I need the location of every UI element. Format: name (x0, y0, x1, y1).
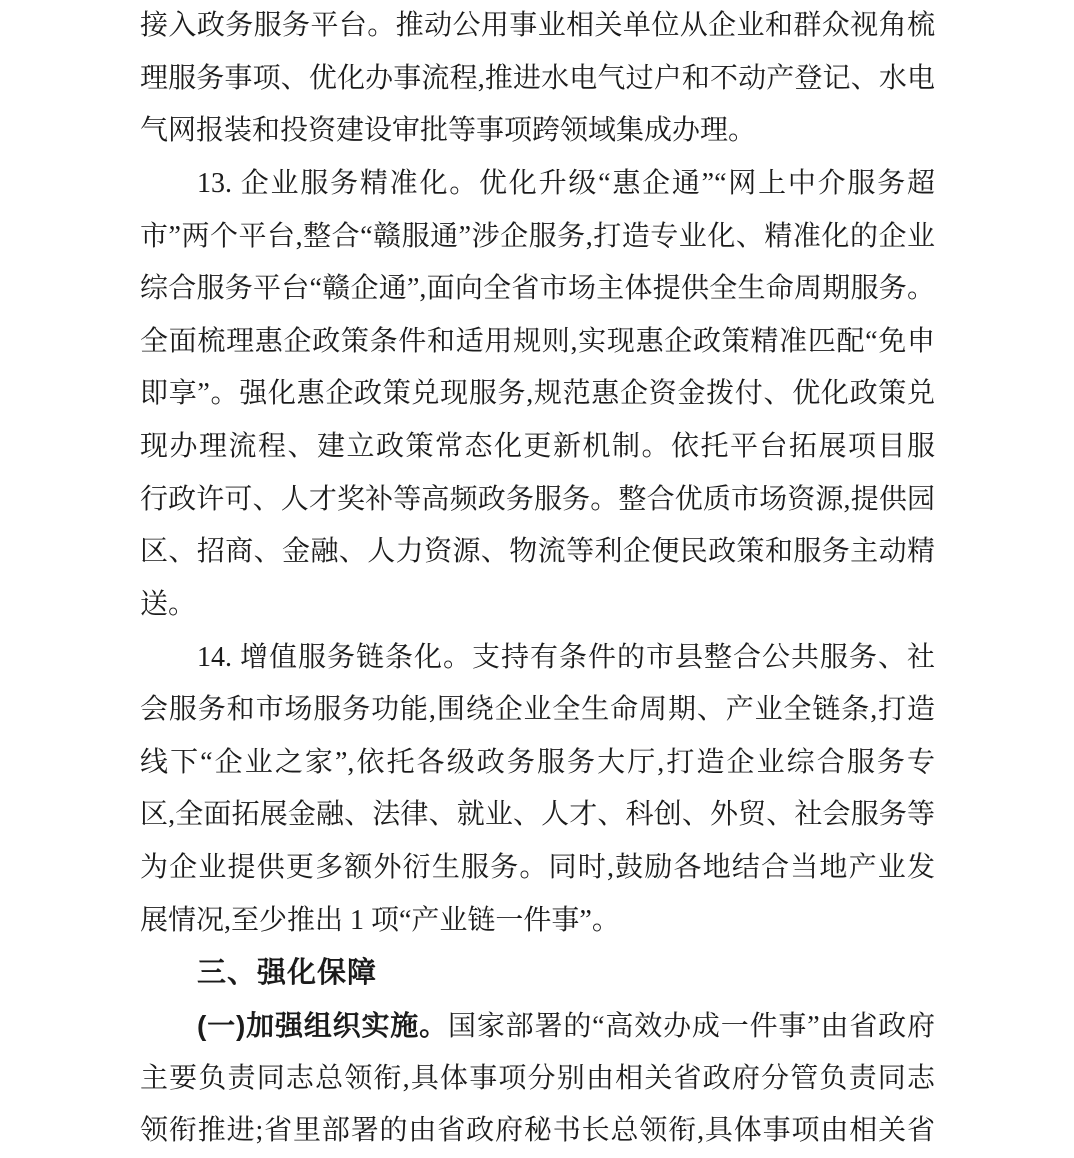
text-segment: 送。 (140, 589, 196, 620)
document-page: 接入政务服务平台。推动公用事业相关单位从企业和群众视角梳理服务事项、优化办事流程… (0, 0, 1074, 1158)
text-line: (一)加强组织实施。国家部署的“高效办成一件事”由省政府 (140, 1000, 935, 1053)
text-line: 现办理流程、建立政策常态化更新机制。依托平台拓展项目服务、 (140, 421, 935, 474)
text-line: 领衔推进;省里部署的由省政府秘书长总领衔,具体事项由相关省 (140, 1105, 935, 1158)
text-line: 综合服务平台“赣企通”,面向全省市场主体提供全生命周期服务。 (140, 263, 935, 316)
text-segment: 领衔推进;省里部署的由省政府秘书长总领衔,具体事项由相关省 (140, 1115, 935, 1146)
text-segment: 国家部署的“高效办成一件事”由省政府 (448, 1011, 935, 1042)
text-line: 行政许可、人才奖补等高频政务服务。整合优质市场资源,提供园 (140, 474, 935, 527)
text-segment: 接入政务服务平台。推动公用事业相关单位从企业和群众视角梳 (140, 10, 935, 41)
text-line: 即享”。强化惠企政策兑现服务,规范惠企资金拨付、优化政策兑 (140, 368, 935, 421)
text-line: 为企业提供更多额外衍生服务。同时,鼓励各地结合当地产业发 (140, 842, 935, 895)
text-segment: 行政许可、人才奖补等高频政务服务。整合优质市场资源,提供园 (140, 484, 935, 515)
text-segment: 气网报装和投资建设审批等事项跨领域集成办理。 (140, 115, 756, 146)
text-segment: 13. 企业服务精准化。优化升级“惠企通”“网上中介服务超 (197, 168, 935, 199)
text-segment: 会服务和市场服务功能,围绕企业全生命周期、产业全链条,打造 (140, 694, 935, 725)
text-segment: 区,全面拓展金融、法律、就业、人才、科创、外贸、社会服务等功能, (140, 799, 935, 842)
text-segment: 市”两个平台,整合“赣服通”涉企服务,打造专业化、精准化的企业 (140, 221, 935, 252)
bold-text-segment: 三、强化保障 (197, 957, 377, 989)
text-segment: 理服务事项、优化办事流程,推进水电气过户和不动产登记、水电 (140, 63, 935, 94)
text-line: 全面梳理惠企政策条件和适用规则,实现惠企政策精准匹配“免申 (140, 316, 935, 369)
text-segment: 展情况,至少推出 1 项“产业链一件事”。 (140, 905, 620, 936)
section-heading-line: 三、强化保障 (140, 947, 935, 1000)
text-line: 会服务和市场服务功能,围绕企业全生命周期、产业全链条,打造 (140, 684, 935, 737)
text-segment: 现办理流程、建立政策常态化更新机制。依托平台拓展项目服务、 (140, 431, 935, 474)
text-line: 线下“企业之家”,依托各级政务服务大厅,打造企业综合服务专 (140, 737, 935, 790)
text-segment: 即享”。强化惠企政策兑现服务,规范惠企资金拨付、优化政策兑 (140, 378, 935, 409)
text-segment: 全面梳理惠企政策条件和适用规则,实现惠企政策精准匹配“免申 (140, 326, 935, 357)
text-line: 区、招商、金融、人力资源、物流等利企便民政策和服务主动精准推 (140, 526, 935, 579)
text-line: 14. 增值服务链条化。支持有条件的市县整合公共服务、社 (140, 632, 935, 685)
text-segment: 主要负责同志总领衔,具体事项分别由相关省政府分管负责同志 (140, 1063, 935, 1094)
document-text-block: 接入政务服务平台。推动公用事业相关单位从企业和群众视角梳理服务事项、优化办事流程… (0, 0, 1074, 1158)
text-line: 展情况,至少推出 1 项“产业链一件事”。 (140, 895, 935, 948)
text-segment: 14. 增值服务链条化。支持有条件的市县整合公共服务、社 (197, 642, 935, 673)
text-line: 13. 企业服务精准化。优化升级“惠企通”“网上中介服务超 (140, 158, 935, 211)
text-line: 理服务事项、优化办事流程,推进水电气过户和不动产登记、水电 (140, 53, 935, 106)
text-line: 接入政务服务平台。推动公用事业相关单位从企业和群众视角梳 (140, 0, 935, 53)
text-segment: 为企业提供更多额外衍生服务。同时,鼓励各地结合当地产业发 (140, 852, 935, 883)
text-segment: 区、招商、金融、人力资源、物流等利企便民政策和服务主动精准推 (140, 536, 935, 579)
text-line: 送。 (140, 579, 935, 632)
text-segment: 线下“企业之家”,依托各级政务服务大厅,打造企业综合服务专 (140, 747, 935, 778)
text-line: 气网报装和投资建设审批等事项跨领域集成办理。 (140, 105, 935, 158)
text-line: 主要负责同志总领衔,具体事项分别由相关省政府分管负责同志 (140, 1053, 935, 1106)
text-line: 区,全面拓展金融、法律、就业、人才、科创、外贸、社会服务等功能, (140, 789, 935, 842)
bold-text-segment: (一)加强组织实施。 (197, 1010, 448, 1041)
text-line: 市”两个平台,整合“赣服通”涉企服务,打造专业化、精准化的企业 (140, 211, 935, 264)
text-segment: 综合服务平台“赣企通”,面向全省市场主体提供全生命周期服务。 (140, 273, 935, 304)
